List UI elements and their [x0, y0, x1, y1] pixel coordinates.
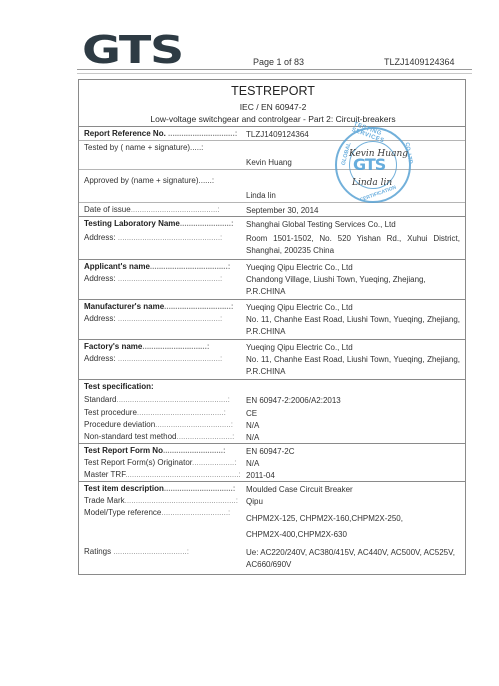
report-subtitle: Low-voltage switchgear and controlgear -… [79, 114, 467, 124]
value: EN 60947-2:2006/A2:2013 [246, 395, 460, 407]
gts-logo: GTS [82, 33, 183, 67]
value: Yueqing Qipu Electric Co., Ltd [246, 302, 460, 314]
value: Room 1501-1502, No. 520 Yishan Rd., Xuhu… [246, 233, 460, 257]
divider [79, 202, 465, 203]
value: No. 11, Chanhe East Road, Liushi Town, Y… [246, 314, 460, 338]
label: Test Report Form No [84, 446, 163, 455]
page-number: Page 1 of 83 [253, 57, 304, 67]
value: CE [246, 408, 460, 420]
header-rule-secondary [77, 73, 472, 74]
header-rule [77, 69, 472, 70]
value: Qipu [246, 496, 460, 508]
label: Standard [84, 395, 116, 404]
label: Test item description [84, 484, 164, 493]
divider [79, 259, 465, 260]
divider [79, 379, 465, 380]
value: Yueqing Qipu Electric Co., Ltd [246, 342, 460, 354]
label: Procedure deviation [84, 420, 155, 429]
divider [79, 216, 465, 217]
divider [79, 443, 465, 444]
label: Manufacturer's name [84, 302, 164, 311]
divider [79, 126, 465, 127]
label: Test procedure [84, 408, 137, 417]
certification-stamp: TESTING SERVICES GLOBAL CO.,LTD. CERTIFI… [335, 127, 411, 203]
value: EN 60947-2C [246, 446, 460, 458]
divider [79, 339, 465, 340]
value: CHPM2X-400,CHPM2X-630 [246, 529, 460, 541]
report-standard: IEC / EN 60947-2 [79, 102, 467, 112]
header-report-ref: TLZJ1409124364 [384, 57, 455, 67]
section-heading: Test specification: [84, 382, 154, 391]
label: Applicant's name [84, 262, 150, 271]
value: Moulded Case Circuit Breaker [246, 484, 460, 496]
label: Address: [84, 314, 116, 323]
label: Address: [84, 354, 116, 363]
label: Date of issue [84, 205, 131, 214]
label: Report Reference No. [84, 129, 166, 138]
label: Address: [84, 274, 116, 283]
label: Test Report Form(s) Originator [84, 458, 192, 467]
signature-tested: Kevin Huang [349, 149, 408, 159]
label: Ratings [84, 547, 111, 556]
value: CHPM2X-125, CHPM2X-160,CHPM2X-250, [246, 513, 460, 525]
label: Address: [84, 233, 116, 242]
label: Approved by (name + signature)......: [84, 176, 214, 185]
label: Testing Laboratory Name [84, 219, 180, 228]
report-title: TESTREPORT [79, 84, 467, 98]
value: Shanghai Global Testing Services Co., Lt… [246, 219, 460, 231]
label: Factory's name [84, 342, 142, 351]
signature-approved: Linda lin [352, 178, 392, 188]
label: Trade Mark [84, 496, 125, 505]
label: Tested by ( name + signature).....: [84, 143, 203, 152]
label: Master TRF [84, 470, 125, 479]
value: N/A [246, 420, 460, 432]
value: No. 11, Chanhe East Road, Liushi Town, Y… [246, 354, 460, 378]
value: Yueqing Qipu Electric Co., Ltd [246, 262, 460, 274]
value: N/A [246, 458, 460, 470]
value: Ue: AC220/240V, AC380/415V, AC440V, AC50… [246, 547, 460, 571]
divider [79, 481, 465, 482]
value: Chandong Village, Liushi Town, Yueqing, … [246, 274, 460, 298]
divider [79, 299, 465, 300]
label: Non-standard test method [84, 432, 177, 441]
label: Model/Type reference [84, 508, 161, 517]
